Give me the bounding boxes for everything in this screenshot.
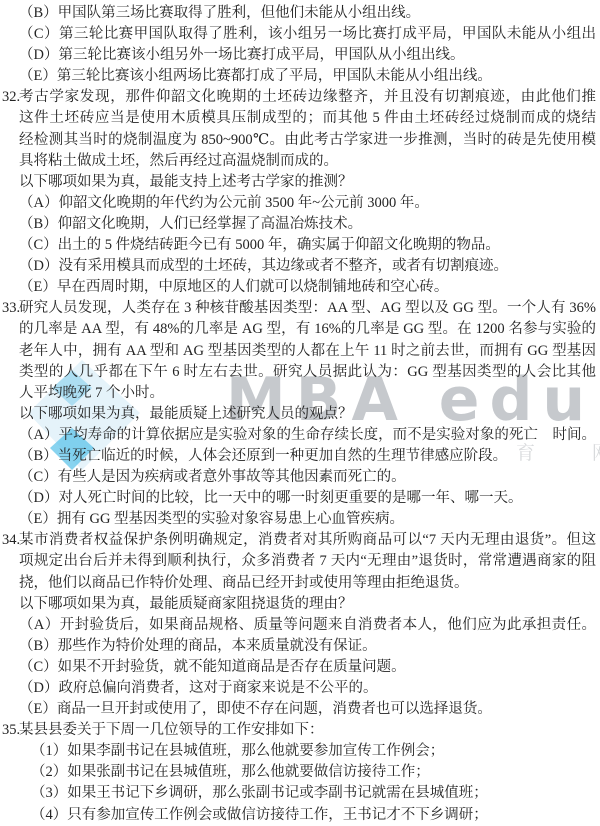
line-text: 项规定出台后并未得到顺利执行，众多消费者 7 天内“无理由”退货时，常常遭遇商家… xyxy=(19,553,596,569)
text-line: （E）商品一旦开封或使用了，即使不存在问题，消费者也可以选择退货。 xyxy=(0,699,600,720)
text-line: （B）仰韶文化晚期，人们已经掌握了高温冶炼技术。 xyxy=(0,214,600,235)
line-text: 研究人员发现，人类存在 3 种核苷酸基因类型：AA 型、AG 型以及 GG 型。… xyxy=(19,300,596,316)
text-line: 类型的人几乎都在下午 6 时左右去世。研究人员据此认为：GG 型基因类型的人会比… xyxy=(0,362,600,383)
line-text: （D）第三轮比赛该小组另外一场比赛打成平局，甲国队从小组出线。 xyxy=(19,47,464,63)
line-text: （B）那些作为特价处理的商品，本来质量就没有保证。 xyxy=(19,638,377,654)
text-line: （B）当死亡临近的时候，人体会还原到一种更加自然的生理节律感应阶段。 xyxy=(0,446,600,467)
text-line: 以下哪项如果为真，最能质疑商家阻挠退货的理由？ xyxy=(0,594,600,615)
line-text: 以下哪项如果为真，最能支持上述考古学家的推测？ xyxy=(19,174,353,190)
question-number: 35. xyxy=(2,720,19,741)
text-line: 的几率是 AA 型，有 48%的几率是 AG 型，有 16%的几率是 GG 型。… xyxy=(0,319,600,340)
line-text: （C）如果不开封验货，就不能知道商品是否存在质量问题。 xyxy=(19,659,406,675)
text-line: 33. 研究人员发现，人类存在 3 种核苷酸基因类型：AA 型、AG 型以及 G… xyxy=(0,298,600,319)
line-text: （B）当死亡临近的时候，人体会还原到一种更加自然的生理节律感应阶段。 xyxy=(19,448,507,464)
line-text: 老年人中，拥有 AA 型和 AG 型基因类型的人都在上午 11 时之前去世，而拥… xyxy=(19,343,596,359)
text-line: （A）开封验货后，如果商品规格、质量等问题来自消费者本人，他们应为此承担责任。 xyxy=(0,615,600,636)
line-text: （B）仰韶文化晚期，人们已经掌握了高温冶炼技术。 xyxy=(19,216,362,232)
line-text: （3）如果王书记下乡调研，那么张副书记或李副书记就需在县城值班； xyxy=(31,785,488,801)
line-text: （1）如果李副书记在县城值班，那么他就要参加宣传工作例会； xyxy=(31,743,444,759)
text-line: 32. 考古学家发现，那件仰韶文化晚期的土坯砖边缘整齐，并且没有切割痕迹，由此他… xyxy=(0,87,600,108)
question-number: 33. xyxy=(2,298,19,319)
text-line: （1）如果李副书记在县城值班，那么他就要参加宣传工作例会； xyxy=(0,741,600,762)
line-text: 以下哪项如果为真，最能质疑商家阻挠退货的理由？ xyxy=(19,596,353,612)
line-text: （E）第三轮比赛该小组两场比赛都打成了平局，甲国队未能从小组出线。 xyxy=(19,68,492,84)
text-line: 具将粘土做成土坯，然后再经过高温烧制而成的。 xyxy=(0,151,600,172)
text-line: （C）第三轮比赛甲国队取得了胜利，该小组另一场比赛打成平局，甲国队未能从小组出线… xyxy=(0,24,600,45)
text-line: （A）平均寿命的计算依据应是实验对象的生命存续长度，而不是实验对象的死亡 时间。 xyxy=(0,425,600,446)
text-line: 人平均晚死 7 个小时。 xyxy=(0,383,600,404)
line-text: （E）商品一旦开封或使用了，即使不存在问题，消费者也可以选择退货。 xyxy=(19,701,492,717)
line-text: 的几率是 AA 型，有 48%的几率是 AG 型，有 16%的几率是 GG 型。… xyxy=(19,321,596,337)
line-text: 这件土坯砖应当是使用木质模具压制成型的；而其他 5 件由土坯砖经过烧制而成的烧结… xyxy=(19,110,596,129)
text-line: （A）仰韶文化晚期的年代约为公元前 3500 年~公元前 3000 年。 xyxy=(0,193,600,214)
line-text: （E）拥有 GG 型基因类型的实验对象容易患上心血管疾病。 xyxy=(19,511,404,527)
line-text: 人平均晚死 7 个小时。 xyxy=(19,385,164,401)
line-text: （D）对人死亡时间的比较，比一天中的哪一时刻更重要的是哪一年、哪一天。 xyxy=(19,490,522,506)
text-line: （C）出土的 5 件烧结砖距今已有 5000 年，确实属于仰韶文化晚期的物品。 xyxy=(0,235,600,256)
text-line: （E）拥有 GG 型基因类型的实验对象容易患上心血管疾病。 xyxy=(0,509,600,530)
text-line: （D）没有采用模具而成型的土坯砖，其边缘或者不整齐，或者有切割痕迹。 xyxy=(0,256,600,277)
text-line: 项规定出台后并未得到顺利执行，众多消费者 7 天内“无理由”退货时，常常遭遇商家… xyxy=(0,551,600,572)
line-text: 经检测其当时的烧制温度为 850~900℃。由此考古学家进一步推测，当时的砖是先… xyxy=(19,132,596,148)
exam-text-block: （B）甲国队第三场比赛取得了胜利，但他们未能从小组出线。 （C）第三轮比赛甲国队… xyxy=(0,0,600,826)
line-text: （A）平均寿命的计算依据应是实验对象的生命存续长度，而不是实验对象的死亡 时间。 xyxy=(19,427,596,443)
text-line: （B）那些作为特价处理的商品，本来质量就没有保证。 xyxy=(0,636,600,657)
line-text: （E）早在西周时期，中原地区的人们就可以烧制铺地砖和空心砖。 xyxy=(19,279,448,295)
line-text: （4）只有参加宣传工作例会或做信访接待工作，王书记才不下乡调研； xyxy=(31,807,488,823)
line-text: （A）仰韶文化晚期的年代约为公元前 3500 年~公元前 3000 年。 xyxy=(19,195,429,211)
line-text: （C）有些人是因为疾病或者意外事故等其他因素而死亡的。 xyxy=(19,469,406,485)
line-text: （D）政府总偏向消费者，这对于商家来说是不公平的。 xyxy=(19,680,377,696)
line-text: （C）出土的 5 件烧结砖距今已有 5000 年，确实属于仰韶文化晚期的物品。 xyxy=(19,237,500,253)
line-text: （A）开封验货后，如果商品规格、质量等问题来自消费者本人，他们应为此承担责任。 xyxy=(19,617,596,633)
question-number: 34. xyxy=(2,530,19,551)
line-text: （C）第三轮比赛甲国队取得了胜利，该小组另一场比赛打成平局，甲国队未能从小组出线… xyxy=(19,26,596,45)
line-text: 考古学家发现，那件仰韶文化晚期的土坯砖边缘整齐，并且没有切割痕迹，由此他们推测， xyxy=(19,89,596,108)
text-line: （3）如果王书记下乡调研，那么张副书记或李副书记就需在县城值班； xyxy=(0,783,600,804)
text-line: 以下哪项如果为真，最能质疑上述研究人员的观点？ xyxy=(0,404,600,425)
line-text: 某市消费者权益保护条例明确规定，消费者对其所购商品可以“7 天内无理由退货”。但… xyxy=(19,532,596,548)
text-line: 这件土坯砖应当是使用木质模具压制成型的；而其他 5 件由土坯砖经过烧制而成的烧结… xyxy=(0,108,600,129)
line-text: （D）没有采用模具而成型的土坯砖，其边缘或者不整齐，或者有切割痕迹。 xyxy=(19,258,508,274)
text-line: （B）甲国队第三场比赛取得了胜利，但他们未能从小组出线。 xyxy=(0,3,600,24)
text-line: （4）只有参加宣传工作例会或做信访接待工作，王书记才不下乡调研； xyxy=(0,805,600,826)
line-text: 以下哪项如果为真，最能质疑上述研究人员的观点？ xyxy=(19,406,353,422)
text-line: （E）早在西周时期，中原地区的人们就可以烧制铺地砖和空心砖。 xyxy=(0,277,600,298)
line-text: 类型的人几乎都在下午 6 时左右去世。研究人员据此认为：GG 型基因类型的人会比… xyxy=(19,364,596,380)
text-line: 以下哪项如果为真，最能支持上述考古学家的推测？ xyxy=(0,172,600,193)
text-line: （2）如果张副书记在县城值班，那么他就要做信访接待工作； xyxy=(0,762,600,783)
text-line: （D）第三轮比赛该小组另外一场比赛打成平局，甲国队从小组出线。 xyxy=(0,45,600,66)
line-text: 挠，他们以商品已作特价处理、商品已经开封或使用等理由拒绝退货。 xyxy=(19,575,469,591)
text-line: 挠，他们以商品已作特价处理、商品已经开封或使用等理由拒绝退货。 xyxy=(0,573,600,594)
document-page: MBA edu 育 网 （B）甲国队第三场比赛取得了胜利，但他们未能从小组出线。… xyxy=(0,0,600,826)
text-line: 34. 某市消费者权益保护条例明确规定，消费者对其所购商品可以“7 天内无理由退… xyxy=(0,530,600,551)
text-line: （C）有些人是因为疾病或者意外事故等其他因素而死亡的。 xyxy=(0,467,600,488)
text-line: （D）对人死亡时间的比较，比一天中的哪一时刻更重要的是哪一年、哪一天。 xyxy=(0,488,600,509)
text-line: （C）如果不开封验货，就不能知道商品是否存在质量问题。 xyxy=(0,657,600,678)
text-line: 老年人中，拥有 AA 型和 AG 型基因类型的人都在上午 11 时之前去世，而拥… xyxy=(0,341,600,362)
line-text: （B）甲国队第三场比赛取得了胜利，但他们未能从小组出线。 xyxy=(19,5,420,21)
text-line: （E）第三轮比赛该小组两场比赛都打成了平局，甲国队未能从小组出线。 xyxy=(0,66,600,87)
line-text: 具将粘土做成土坯，然后再经过高温烧制而成的。 xyxy=(19,153,338,169)
text-line: 35. 某县县委关于下周一几位领导的工作安排如下： xyxy=(0,720,600,741)
text-line: 经检测其当时的烧制温度为 850~900℃。由此考古学家进一步推测，当时的砖是先… xyxy=(0,130,600,151)
line-text: 某县县委关于下周一几位领导的工作安排如下： xyxy=(19,722,324,738)
question-number: 32. xyxy=(2,87,19,108)
text-line: （D）政府总偏向消费者，这对于商家来说是不公平的。 xyxy=(0,678,600,699)
line-text: （2）如果张副书记在县城值班，那么他就要做信访接待工作； xyxy=(31,764,430,780)
screenshot-root: { "document": { "background_color": "#ff… xyxy=(0,0,600,826)
